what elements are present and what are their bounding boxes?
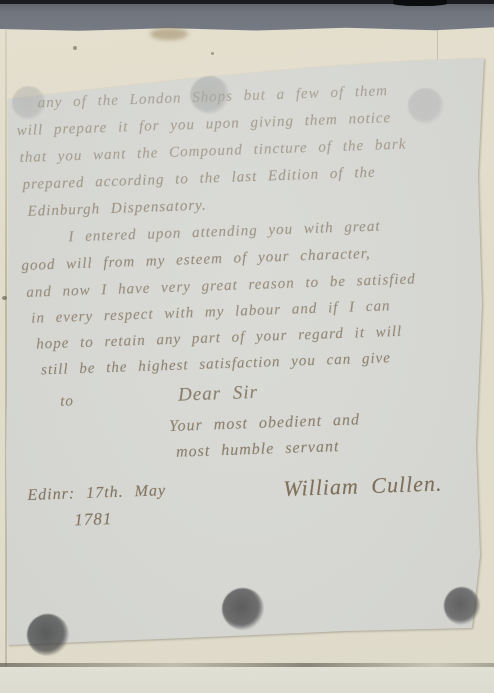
- ink-blot-bottom-left: [27, 614, 69, 656]
- dateline-place-day: Edinr: 17th. May: [27, 482, 166, 505]
- closing-salutation: Dear Sir: [178, 382, 259, 407]
- binding-strip: [0, 2, 494, 32]
- body-line-8: and now I have very great reason to be s…: [26, 271, 416, 302]
- body-line-5: Edinburgh Dispensatory.: [27, 198, 207, 221]
- valediction-line-1: Your most obedient and: [169, 411, 360, 436]
- binding-dark-mark: [393, 0, 447, 6]
- body-line-4: prepared according to the last Edition o…: [22, 165, 376, 194]
- body-line-2: will prepare it for you upon giving them…: [16, 110, 391, 140]
- signature: William Cullen.: [283, 470, 443, 502]
- ink-blot-top-right: [408, 88, 444, 124]
- body-line-3: that you want the Compound tincture of t…: [19, 137, 406, 167]
- dateline-year: 1781: [74, 509, 113, 530]
- body-line-10: hope to retain any part of your regard i…: [36, 324, 403, 354]
- ink-blot-top-center: [190, 76, 230, 114]
- valediction-line-2: most humble servant: [176, 438, 340, 462]
- body-line-11: still be the highest satisfaction you ca…: [41, 350, 391, 379]
- ink-blot-top-left: [12, 86, 46, 120]
- letter-scan-page: any of the London Shops but a few of the…: [0, 0, 494, 693]
- body-line-6: I entered upon attending you with great: [68, 218, 381, 246]
- body-line-7: good will from my esteem of your charact…: [21, 246, 371, 275]
- ink-blot-bottom-center: [222, 588, 264, 630]
- body-line-12: to: [60, 393, 74, 410]
- brown-stain: [150, 28, 188, 40]
- ink-blot-bottom-right: [444, 587, 480, 625]
- body-line-9: in every respect with my labour and if I…: [31, 298, 391, 328]
